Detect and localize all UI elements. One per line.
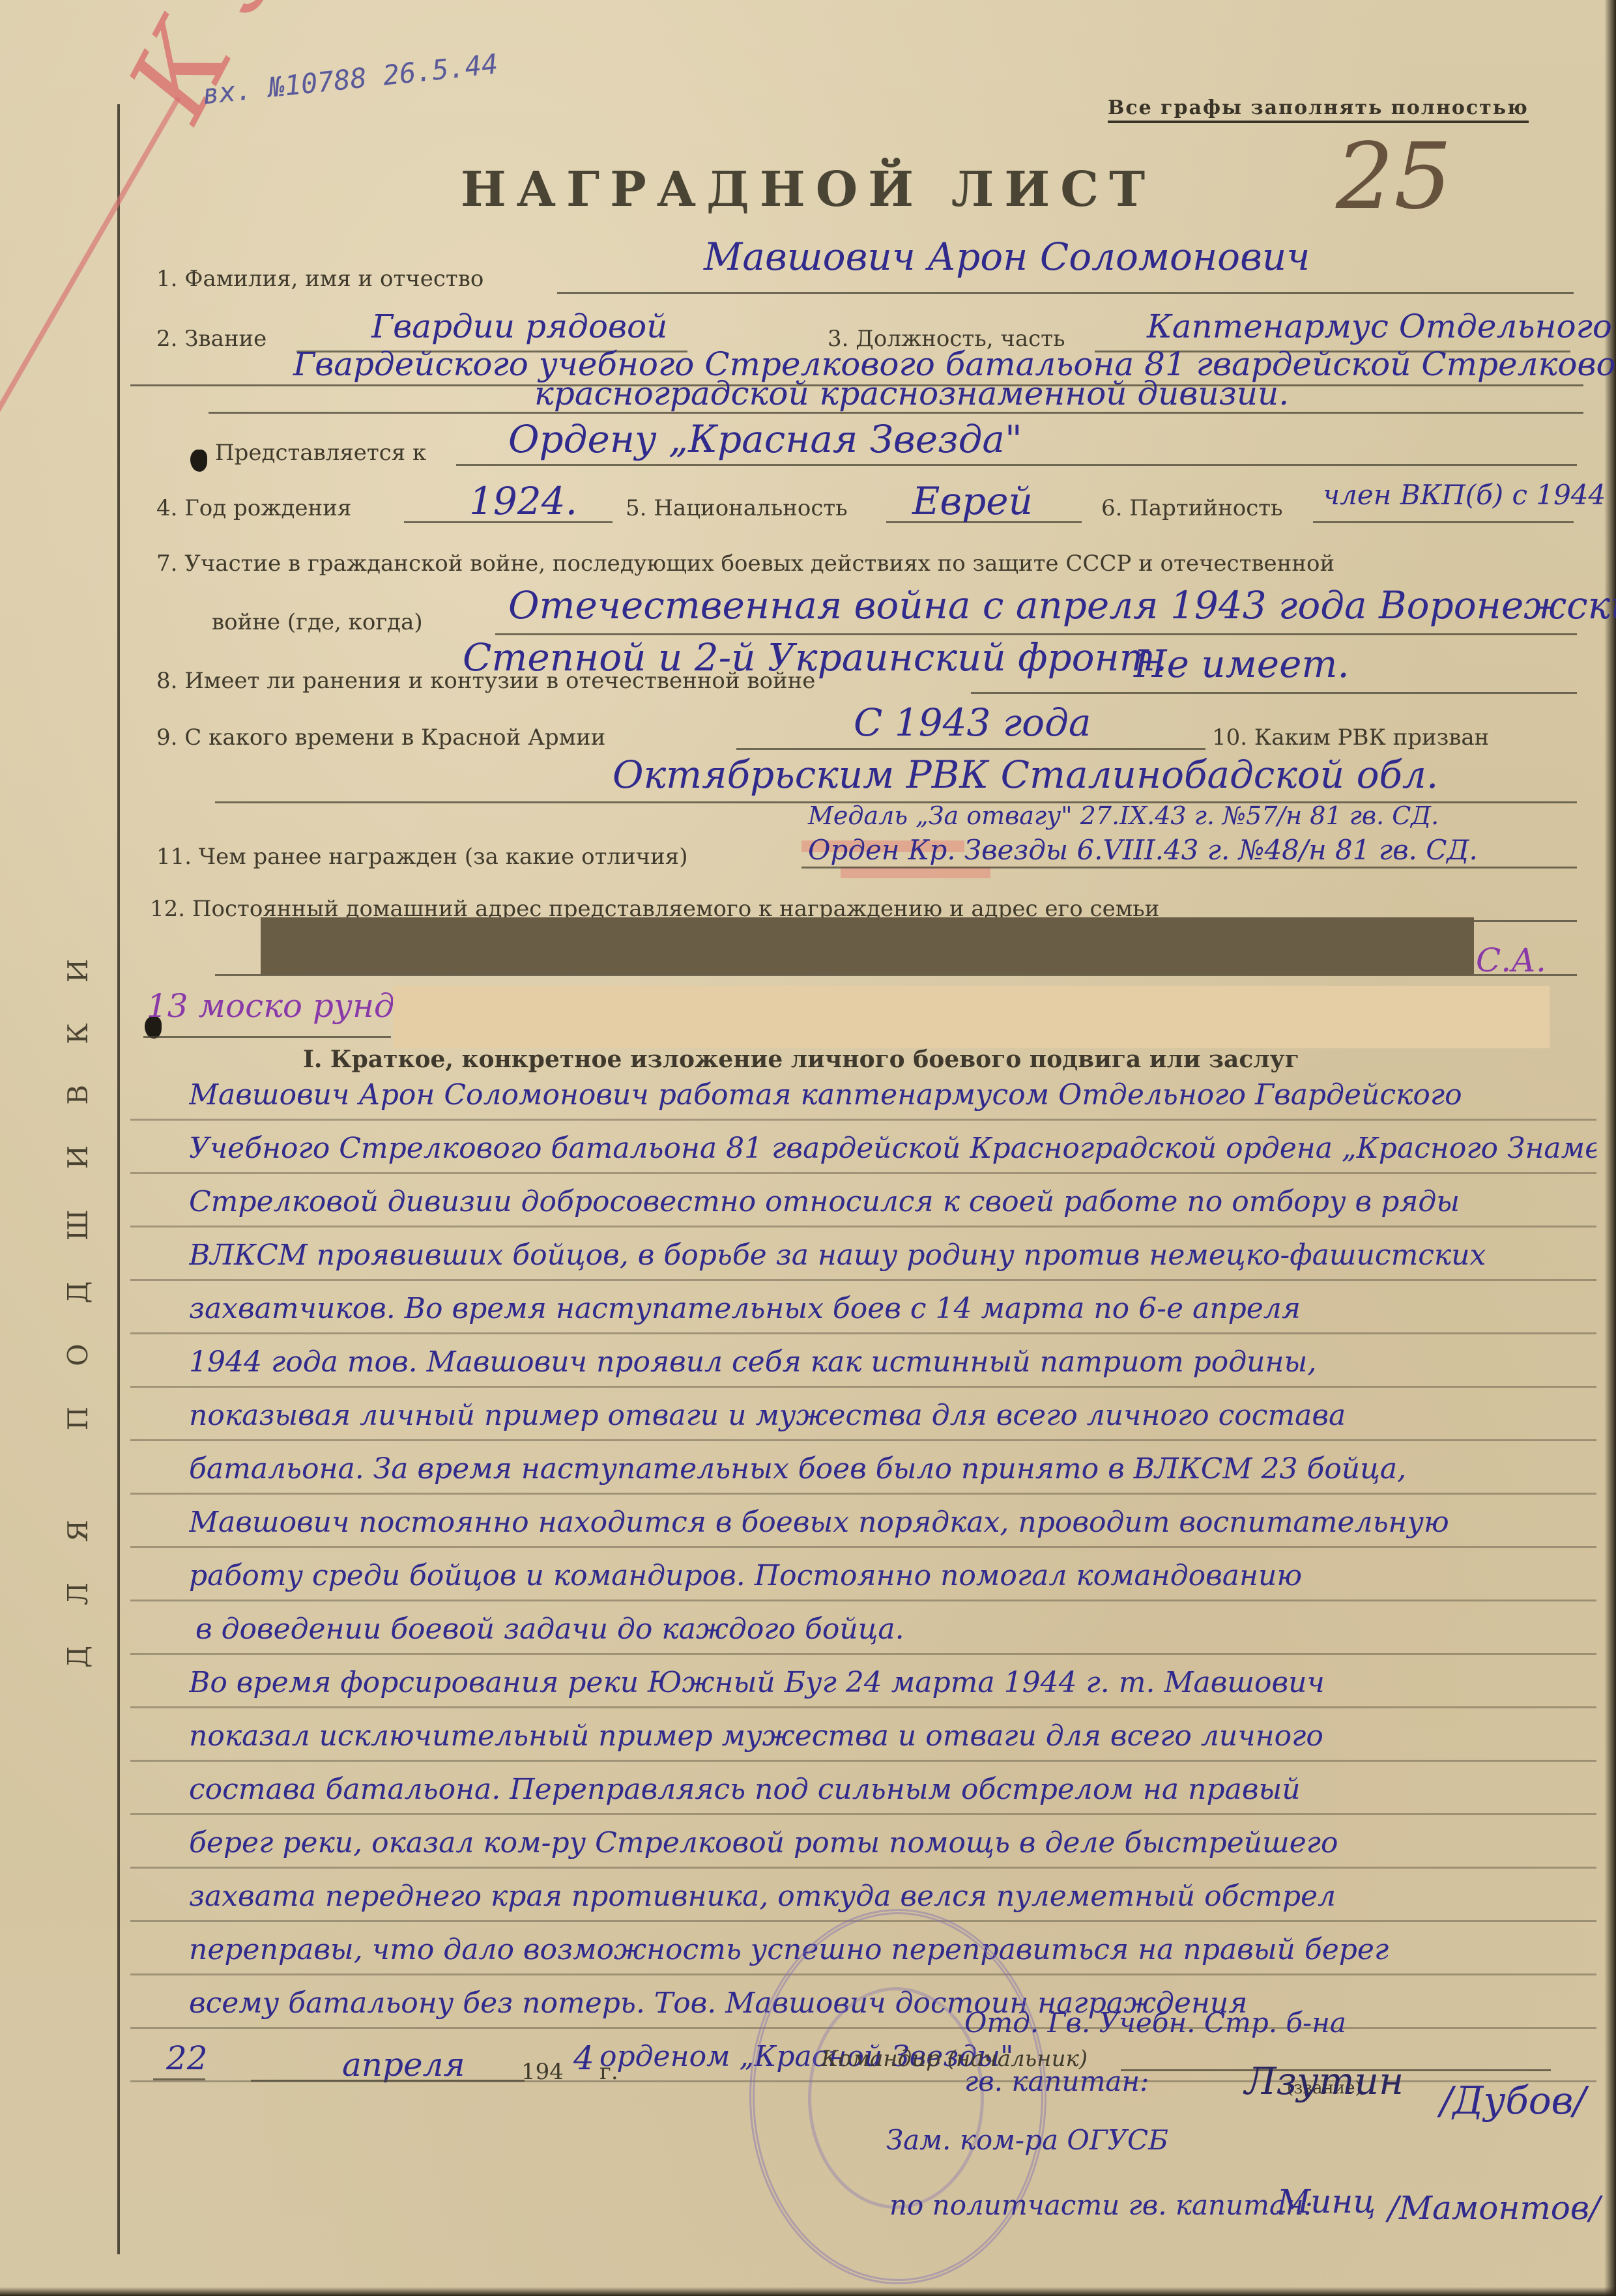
field-11-rule — [801, 867, 1577, 868]
field-11-value-line1: Медаль „За отвагу" 27.IX.43 г. №57/н 81 … — [808, 801, 1439, 830]
field-2-value: Гвардии рядовой — [371, 308, 667, 345]
field-8-value: Не имеет. — [1134, 642, 1349, 686]
narrative-rule — [130, 1332, 1596, 1334]
narrative-rule — [130, 1172, 1596, 1174]
field-2-label: 2. Звание — [156, 326, 267, 352]
field-12-stamp-note: 13 моско рунд. — [147, 987, 405, 1025]
redaction-address-1 — [261, 917, 1474, 975]
field-9-value: С 1943 года — [854, 700, 1091, 745]
field-8-rule — [971, 692, 1577, 694]
deputy-line2: по политчасти гв. капитан: — [889, 2189, 1313, 2221]
narrative-line: Во время форсирования реки Южный Буг 24 … — [189, 1666, 1596, 1699]
award-label: Представляется к — [215, 440, 426, 466]
commander-unit: Отд. Гв. Учебн. Стр. б-на — [964, 2007, 1346, 2039]
narrative-line: Стрелковой дивизии добросовестно относил… — [189, 1185, 1596, 1218]
narrative-line: ВЛКСМ проявивших бойцов, в борьбе за наш… — [189, 1239, 1596, 1272]
narrative-rule — [130, 1813, 1596, 1815]
narrative-rule — [130, 1546, 1596, 1548]
narrative-line: Мавшович Арон Соломонович работая каптен… — [189, 1078, 1596, 1112]
narrative-line: захватчиков. Во время наступательных бое… — [189, 1292, 1596, 1325]
field-12-value-tail: С.А. — [1476, 941, 1546, 979]
field-9-rule — [736, 748, 1205, 750]
narrative-rule — [130, 1119, 1596, 1121]
narrative-rule — [130, 1600, 1596, 1601]
field-4-label: 4. Год рождения — [156, 495, 351, 521]
field-11-label: 11. Чем ранее награжден (за какие отличи… — [156, 844, 688, 870]
official-stamp-emblem — [808, 1987, 984, 2209]
narrative-line: захвата переднего края противника, откуд… — [189, 1880, 1596, 1913]
narrative-line: батальона. За время наступательных боев … — [189, 1452, 1596, 1485]
narrative-line: показал исключительный пример мужества и… — [189, 1719, 1596, 1753]
date-month-rule — [251, 2080, 525, 2082]
field-3-value-line1: Каптенармус Отдельного — [1147, 308, 1612, 345]
field-4-value: 1924. — [469, 479, 577, 523]
commander-rank: гв. капитан: — [964, 2065, 1149, 2097]
narrative-line: в доведении боевой задачи до каждого бой… — [195, 1613, 1603, 1646]
narrative-rule — [130, 1706, 1596, 1708]
date-suffix: г. — [599, 2059, 618, 2085]
document-title: НАГРАДНОЙ ЛИСТ — [0, 162, 1616, 218]
date-day-rule — [153, 2078, 205, 2080]
field-10-value: Октябрьским РВК Сталинобадской обл. — [613, 753, 1438, 797]
narrative-rule — [130, 1493, 1596, 1495]
commander-signature: Лзутин — [1245, 2059, 1404, 2103]
field-9-label: 9. С какого времени в Красной Армии — [156, 725, 605, 751]
field-5-value: Еврей — [912, 479, 1033, 523]
field-6-label: 6. Партийность — [1101, 495, 1283, 521]
narrative-line: показывая личный пример отваги и мужеств… — [189, 1399, 1596, 1432]
narrative-rule — [130, 1439, 1596, 1441]
field-1-label: 1. Фамилия, имя и отчество — [156, 266, 483, 292]
narrative-line: Учебного Стрелкового батальона 81 гварде… — [189, 1132, 1596, 1165]
margin-rule — [117, 104, 120, 2254]
narrative-line: работу среди бойцов и командиров. Постоя… — [189, 1559, 1596, 1592]
deputy-name: /Мамонтов/ — [1388, 2189, 1600, 2227]
narrative-rule — [130, 1653, 1596, 1655]
deputy-line1: Зам. ком-ра ОГУСБ — [886, 2124, 1168, 2156]
field-3-rule-3 — [209, 412, 1583, 414]
narrative-line: 1944 года тов. Мавшович проявил себя как… — [189, 1345, 1596, 1379]
award-value: Ордену „Красная Звезда" — [508, 417, 1022, 461]
narrative-line: состава батальона. Переправляясь под сил… — [189, 1773, 1596, 1806]
date-month: апреля — [342, 2046, 465, 2084]
narrative-line: Мавшович постоянно находится в боевых по… — [189, 1506, 1596, 1539]
narrative-rule — [130, 1867, 1596, 1869]
field-3-value-line3: красноградской краснознаменной дивизии. — [534, 375, 1289, 412]
field-12-rule-3 — [143, 1036, 391, 1038]
field-7-label-line2: войне (где, когда) — [212, 609, 423, 635]
punch-hole-top — [190, 450, 207, 472]
field-7-value-line1: Отечественная война с апреля 1943 года В… — [508, 583, 1616, 627]
margin-vertical-text: ДЛЯ ПОДШИВКИ — [62, 919, 94, 1668]
field-10-label: 10. Каким РВК призван — [1212, 725, 1489, 751]
field-6-rule — [1313, 521, 1574, 523]
field-1-value: Мавшович Арон Соломонович — [704, 235, 1310, 279]
scan-edge-bottom — [0, 2287, 1616, 2296]
date-day: 22 — [166, 2039, 208, 2077]
commander-name: /Дубов/ — [1440, 2078, 1586, 2123]
narrative-rule — [130, 1226, 1596, 1227]
narrative-rule — [130, 1760, 1596, 1762]
redaction-address-2 — [393, 986, 1550, 1048]
field-7-label-line1: 7. Участие в гражданской войне, последую… — [156, 551, 1335, 577]
field-11-value-line2: Орден Кр. Звезды 6.VIII.43 г. №48/н 81 г… — [808, 834, 1478, 866]
narrative-line: берег реки, оказал ком-ру Стрелковой рот… — [189, 1826, 1596, 1859]
date-year-prefix: 194 — [521, 2059, 564, 2085]
fill-instruction: Все графы заполнять полностью — [1108, 96, 1529, 123]
field-6-value: член ВКП(б) с 1944 г. — [1323, 479, 1616, 511]
field-8-label: 8. Имеет ли ранения и контузии в отечест… — [156, 668, 815, 694]
narrative-rule — [130, 1386, 1596, 1388]
date-year-suffix: 4 — [573, 2039, 594, 2077]
award-rule — [456, 464, 1577, 466]
narrative-rule — [130, 1279, 1596, 1281]
section-heading: I. Краткое, конкретное изложение личного… — [303, 1046, 1299, 1073]
field-1-rule — [557, 292, 1574, 294]
field-5-label: 5. Национальность — [626, 495, 848, 521]
deputy-signature: Минц — [1277, 2183, 1376, 2220]
